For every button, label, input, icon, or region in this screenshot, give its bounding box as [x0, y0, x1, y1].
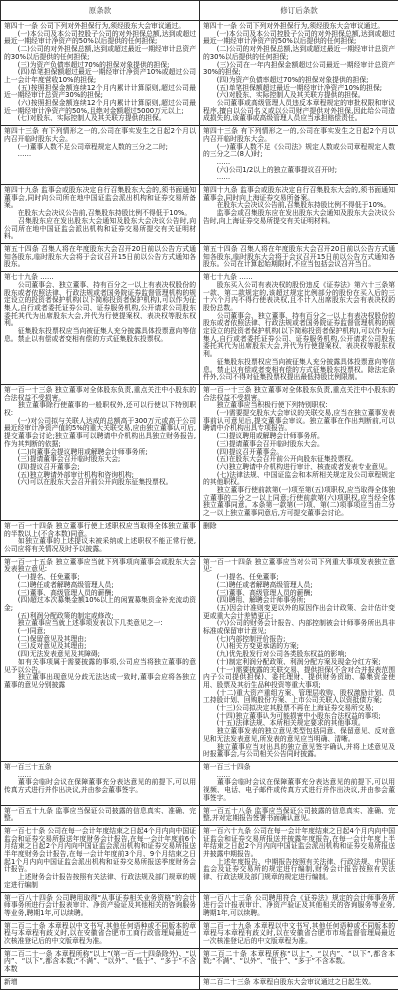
revised-clause-cell: 第一百五十八条 监事应当保证公司披露的信息真实、准确、完整,并对定期报告签署书面…: [200, 805, 398, 825]
revised-clause-cell: 第四十三条 有下列情形之一的,公司在事实发生之日起2个月以内召开临时股东大会。 …: [200, 126, 398, 185]
table-body: 第四十一条 公司下列对外担保行为,须经股东大会审议通过。 (一)本公司及本公司控…: [1, 21, 398, 990]
revised-clause-cell: 第一百一十四条 独立董事应当对公司下列重大事项发表独立意见: (一)提名、任免董…: [200, 556, 398, 761]
table-header-row: 原条款 修订后条款: [1, 1, 398, 21]
original-clause-cell: 第四十九条 监事会或股东决定自行召集股东大会的,须书面通知董事会,同时向公司所在…: [1, 185, 200, 244]
revised-clause-header: 修订后条款: [200, 1, 398, 21]
table-row: 第一百五十九条 监事应当保证公司披露的信息真实、准确、完整。 第一百五十八条 监…: [1, 805, 398, 825]
table-row: 第一百一十四条 独立董事行使上述职权应当取得全体独立董事的半数以上(不含本数)同…: [1, 520, 398, 556]
original-clause-cell: 第一百三十五条 …… 董事会临时会议在保障董事充分表达意见的前提下,可以用传真方…: [1, 761, 200, 805]
revised-clause-cell: 第一百一十三条 独立董事对全体股东负责,重点关注中小股东的合法权益不受损害。 独…: [200, 384, 398, 520]
table-row: 第四十三条 有下列情形之一的,公司在事实发生之日起2个月以内召开临时股东大会。 …: [1, 126, 398, 185]
original-clause-cell: 第一百七十条 公司在每一会计年度结束之日起4个月内向中国证监会和证券交易所报送年…: [1, 825, 200, 892]
original-clause-cell: 第五十四条 召集人将在年度股东大会召开20日前以公告方式通知各股东,临时股东大会…: [1, 243, 200, 271]
original-clause-cell: 第四十三条 有下列情形之一的,公司在事实发生之日起2个月以内召开临时股东大会。 …: [1, 126, 200, 185]
original-clause-cell: 第一百一十五条 独立董事应当就下列事项向董事会或股东大会发表独立意见: (一)提…: [1, 556, 200, 761]
revised-clause-cell: 第五十四条 召集人将在年度股东大会召开20日前以公告方式通知各股东,临时股东大会…: [200, 243, 398, 271]
original-clause-cell: 第一百八十四条 公司聘用取得“从事证券相关业务资格”的会计师事务所进行会计报表审…: [1, 892, 200, 920]
original-clause-cell: 第七十九条 …… 公司董事会、独立董事、持有百分之一以上有表决权股份的股东或者依…: [1, 272, 200, 385]
revised-clause-cell: 第一百三十四条 …… 董事会临时会议在保障董事充分表达意见的前提下,可以用视频、…: [200, 761, 398, 805]
original-clause-cell: 第一百一十三条 独立董事对全体股东负责,重点关注中小股东的合法权益不受损害。 独…: [1, 384, 200, 520]
revised-clause-cell: 第二百一十九条 本章程以中文书写,其他任何语种或不同版本的章程与本章程有歧义时,…: [200, 920, 398, 948]
revised-clause-cell: 第一百八十三条 公司聘用符合《证券法》规定的会计师事务所进行会计报表审计、净资产…: [200, 892, 398, 920]
original-clause-cell: 第二百二十条 本章程以中文书写,其他任何语种或不同版本的章程与本章程有歧义时,以…: [1, 920, 200, 948]
document-page: 原条款 修订后条款 第四十一条 公司下列对外担保行为,须经股东大会审议通过。 (…: [0, 0, 398, 990]
revised-clause-cell: 第四十九条 监事会或股东决定自行召集股东大会的,须书面通知董事会,同时向上海证券…: [200, 185, 398, 244]
table-row: 第二百二十一条 本章程所称“以上”(第一百一十四条除外)、“以内”、“以下”,都…: [1, 948, 398, 976]
original-clause-cell: 第一百五十九条 监事应当保证公司披露的信息真实、准确、完整。: [1, 805, 200, 825]
revised-clause-cell: 第一百六十九条 公司在每一会计年度结束之日起4个月内向中国证监会和证券交易所报送…: [200, 825, 398, 892]
original-clause-cell: 新增: [1, 976, 200, 989]
original-clause-cell: 第一百一十四条 独立董事行使上述职权应当取得全体独立董事的半数以上(不含本数)同…: [1, 520, 200, 556]
revised-clause-cell: 第二百二十三条 本章程自股东大会审议通过之日起生效。: [200, 976, 398, 989]
table-row: 第一百七十条 公司在每一会计年度结束之日起4个月内向中国证监会和证券交易所报送年…: [1, 825, 398, 892]
table-row: 新增 第二百二十三条 本章程自股东大会审议通过之日起生效。: [1, 976, 398, 989]
clause-comparison-table: 原条款 修订后条款 第四十一条 公司下列对外担保行为,须经股东大会审议通过。 (…: [0, 0, 398, 990]
table-row: 第一百三十五条 …… 董事会临时会议在保障董事充分表达意见的前提下,可以用传真方…: [1, 761, 398, 805]
table-row: 第五十四条 召集人将在年度股东大会召开20日前以公告方式通知各股东,临时股东大会…: [1, 243, 398, 271]
table-row: 第四十九条 监事会或股东决定自行召集股东大会的,须书面通知董事会,同时向公司所在…: [1, 185, 398, 244]
table-row: 第二百二十条 本章程以中文书写,其他任何语种或不同版本的章程与本章程有歧义时,以…: [1, 920, 398, 948]
original-clause-cell: 第四十一条 公司下列对外担保行为,须经股东大会审议通过。 (一)本公司及本公司控…: [1, 21, 200, 126]
revised-clause-cell: 第二百二十条 本章程所称“以上”、“以内”、“以下”,都含本数;“不满”、“以外…: [200, 948, 398, 976]
revised-clause-cell: 第四十一条 公司下列对外担保行为,须经股东大会审议通过。 (一)本公司及本公司控…: [200, 21, 398, 126]
table-row: 第一百一十三条 独立董事对全体股东负责,重点关注中小股东的合法权益不受损害。 独…: [1, 384, 398, 520]
table-row: 第七十九条 …… 公司董事会、独立董事、持有百分之一以上有表决权股份的股东或者依…: [1, 272, 398, 385]
revised-clause-cell: 第七十九条 …… 股东买入公司有表决权的股份违反《证券法》第六十三条第一款、第二…: [200, 272, 398, 385]
table-row: 第一百八十四条 公司聘用取得“从事证券相关业务资格”的会计师事务所进行会计报表审…: [1, 892, 398, 920]
revised-clause-cell: 删除: [200, 520, 398, 556]
table-row: 第一百一十五条 独立董事应当就下列事项向董事会或股东大会发表独立意见: (一)提…: [1, 556, 398, 761]
original-clause-header: 原条款: [1, 1, 200, 21]
original-clause-cell: 第二百二十一条 本章程所称“以上”(第一百一十四条除外)、“以内”、“以下”,都…: [1, 948, 200, 976]
table-row: 第四十一条 公司下列对外担保行为,须经股东大会审议通过。 (一)本公司及本公司控…: [1, 21, 398, 126]
